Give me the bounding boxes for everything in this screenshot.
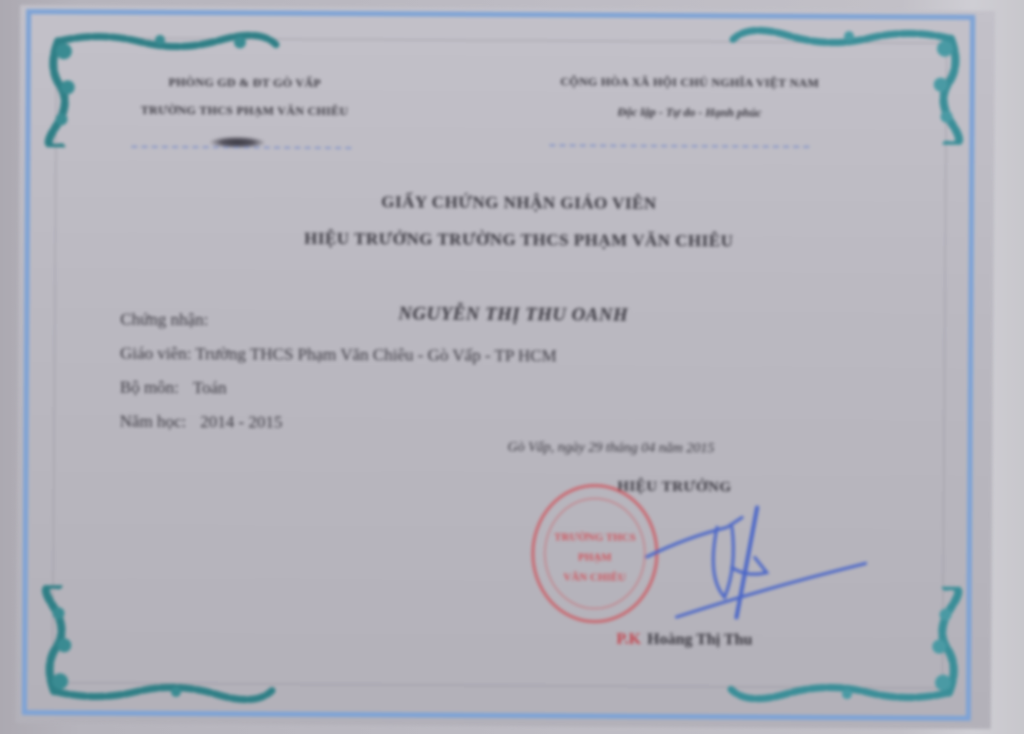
issuer-school: TRƯỜNG THCS PHẠM VĂN CHIÊU (79, 95, 409, 125)
certificate-title: GIẤY CHỨNG NHẬN GIÁO VIÊN (199, 191, 839, 215)
year-row: Năm học:2014 - 2015 (120, 412, 283, 433)
signer-name: Hoàng Thị Thu (647, 631, 752, 649)
stamp-line2: PHẠM (578, 551, 612, 563)
national-title: CỘNG HÒA XÃ HỘI CHỦ NGHĨA VIỆT NAM (490, 66, 890, 98)
signer-prefix: P.K (616, 631, 641, 648)
certificate-paper: PHÒNG GD & ĐT GÒ VẤP TRƯỜNG THCS PHẠM VĂ… (16, 5, 995, 729)
national-motto: Độc lập - Tự do - Hạnh phúc (489, 96, 889, 128)
national-header: CỘNG HÒA XÃ HỘI CHỦ NGHĨA VIỆT NAM Độc l… (489, 66, 889, 128)
certificate-subtitle: HIỆU TRƯỞNG TRƯỜNG THCS PHẠM VĂN CHIÊU (199, 228, 839, 252)
stamp-line1: TRƯỜNG THCS (554, 531, 636, 543)
teacher-line: Giáo viên: Trường THCS Phạm Văn Chiêu - … (120, 344, 557, 367)
year-label: Năm học: (120, 412, 187, 431)
teacher-name: NGUYỄN THỊ THU OANH (398, 303, 628, 326)
issuer-header: PHÒNG GD & ĐT GÒ VẤP TRƯỜNG THCS PHẠM VĂ… (79, 67, 409, 125)
subject-label: Bộ môn: (120, 378, 179, 397)
signer-block: P.KHoàng Thị Thu (616, 631, 752, 650)
stamp-line3: VĂN CHIÊU (563, 571, 626, 583)
year-value: 2014 - 2015 (200, 412, 282, 432)
subject-row: Bộ môn:Toán (120, 378, 227, 399)
issuer-department: PHÒNG GD & ĐT GÒ VẤP (80, 67, 410, 97)
issue-date: Gò Vấp, ngày 29 tháng 04 năm 2015 (507, 440, 714, 457)
certify-label: Chứng nhận: (120, 310, 208, 331)
corner-ornament-icon (36, 585, 277, 706)
subject-value: Toán (193, 378, 227, 397)
signature-icon (636, 487, 867, 638)
document-photo: PHÒNG GD & ĐT GÒ VẤP TRƯỜNG THCS PHẠM VĂ… (0, 0, 1024, 734)
